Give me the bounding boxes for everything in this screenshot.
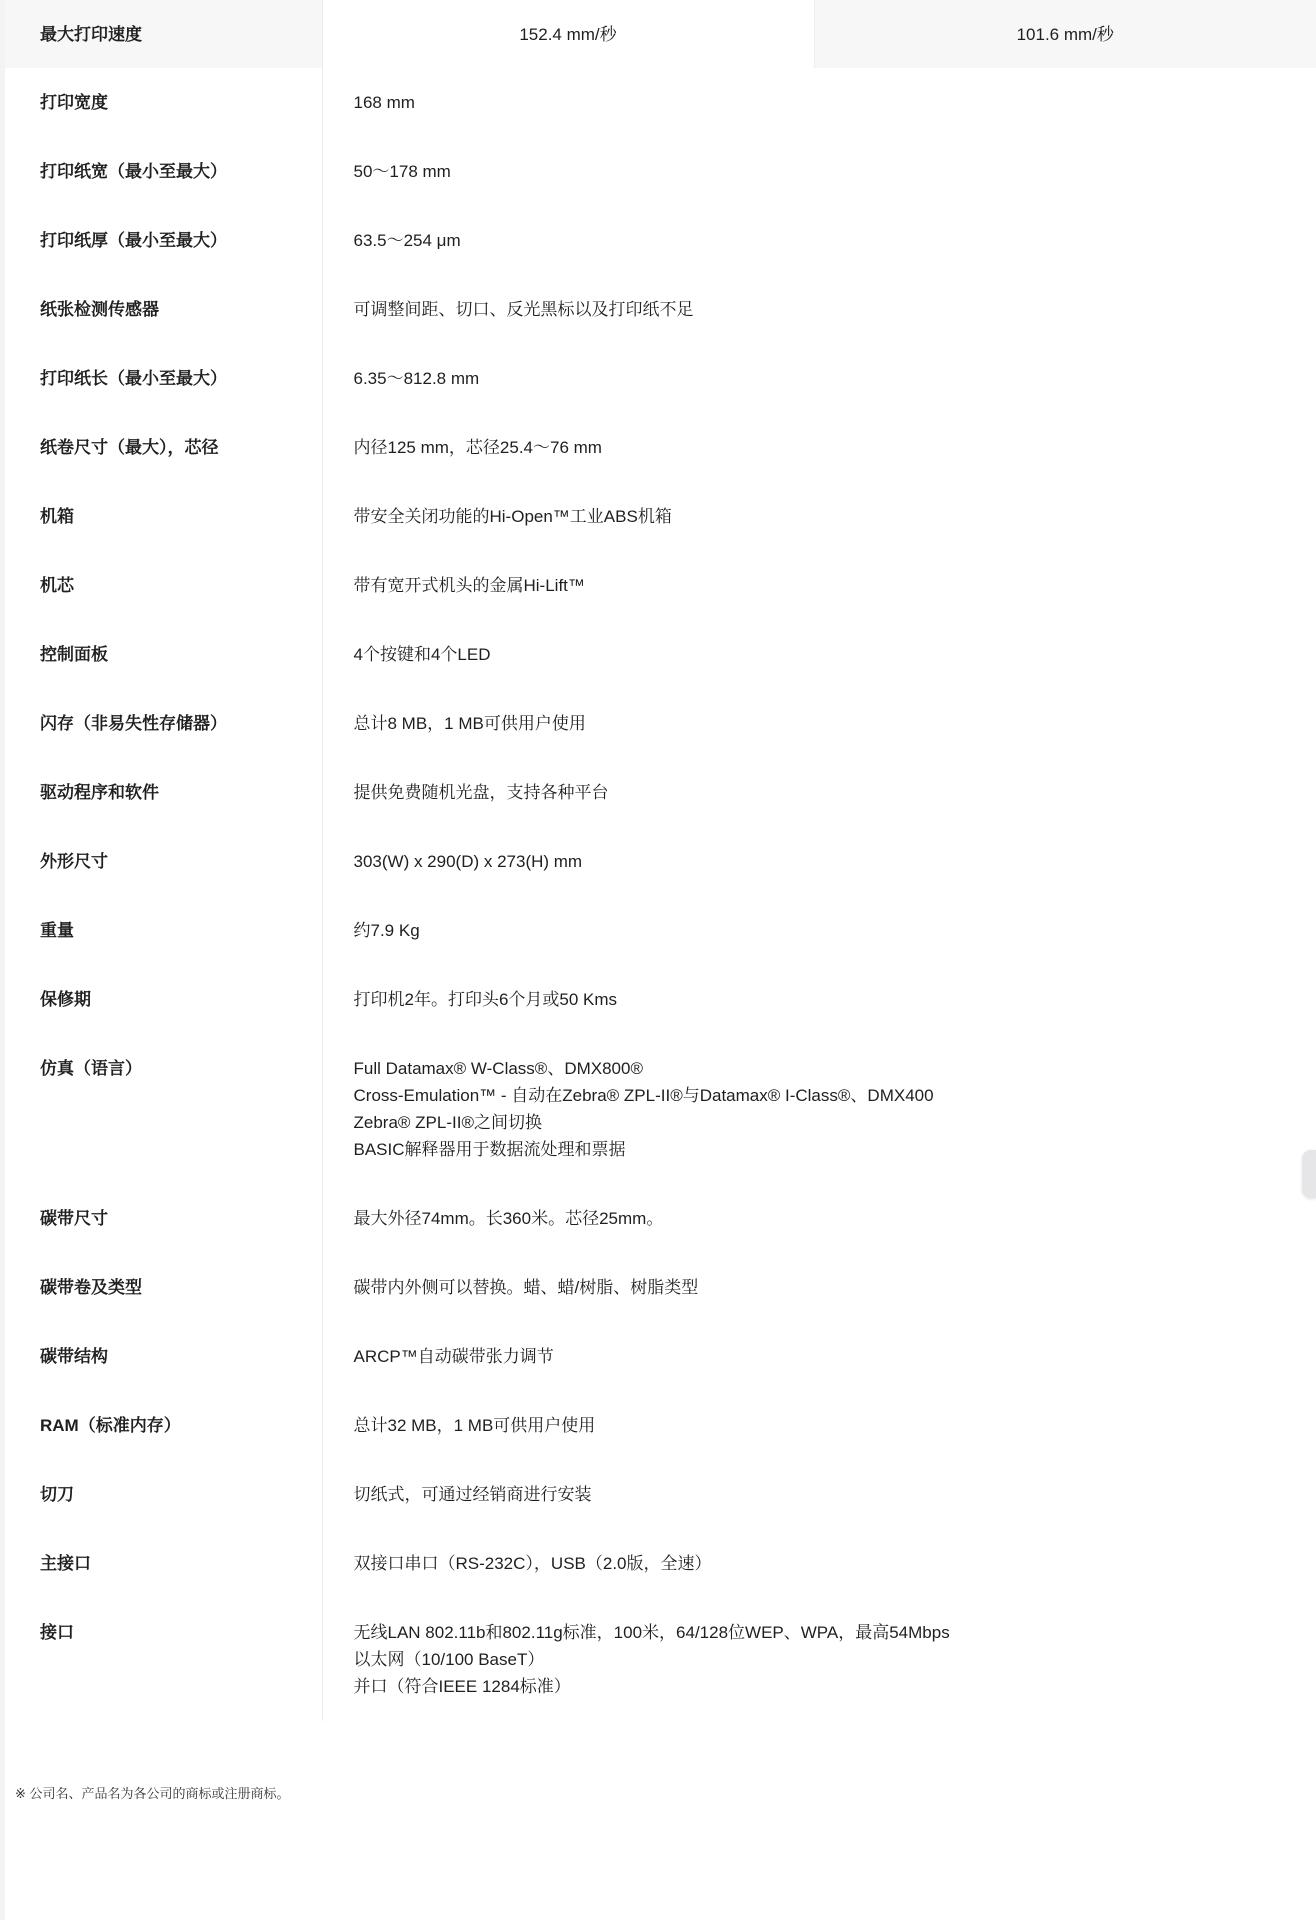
spec-value-line: 双接口串口（RS-232C），USB（2.0版，全速） (354, 1550, 1293, 1577)
spec-label: RAM（标准内存） (0, 1391, 322, 1460)
spec-row: 纸卷尺寸（最大），芯径内径125 mm，芯径25.4～76 mm (0, 413, 1316, 482)
spec-value: 4个按键和4个LED (322, 620, 1316, 689)
spec-label: 打印纸长（最小至最大） (0, 344, 322, 413)
spec-row: 重量约7.9 Kg (0, 896, 1316, 965)
spec-value: 可调整间距、切口、反光黑标以及打印纸不足 (322, 275, 1316, 344)
spec-row: 保修期打印机2年。打印头6个月或50 Kms (0, 965, 1316, 1034)
spec-value-line: 带安全关闭功能的Hi-Open™工业ABS机箱 (354, 503, 1293, 530)
spec-value-line: 并口（符合IEEE 1284标准） (354, 1673, 1293, 1700)
spec-label-max-print-speed: 最大打印速度 (0, 0, 322, 68)
spec-value-speed-model-2: 101.6 mm/秒 (814, 0, 1316, 68)
spec-row: 碳带尺寸最大外径74mm。长360米。芯径25mm。 (0, 1184, 1316, 1253)
spec-row: 碳带卷及类型碳带内外侧可以替换。蜡、蜡/树脂、树脂类型 (0, 1253, 1316, 1322)
spec-value: 总计8 MB，1 MB可供用户使用 (322, 689, 1316, 758)
spec-value: 带有宽开式机头的金属Hi-Lift™ (322, 551, 1316, 620)
spec-value-line: 以太网（10/100 BaseT） (354, 1646, 1293, 1673)
spec-label: 碳带卷及类型 (0, 1253, 322, 1322)
spec-value: 总计32 MB，1 MB可供用户使用 (322, 1391, 1316, 1460)
spec-row: 仿真（语言）Full Datamax® W-Class®、DMX800®Cros… (0, 1034, 1316, 1184)
spec-row: 打印宽度168 mm (0, 68, 1316, 137)
spec-value-line: 303(W) x 290(D) x 273(H) mm (354, 848, 1293, 875)
spec-label: 打印纸宽（最小至最大） (0, 137, 322, 206)
spec-value-line: 4个按键和4个LED (354, 641, 1293, 668)
spec-value: 303(W) x 290(D) x 273(H) mm (322, 827, 1316, 896)
spec-table-body: 最大打印速度 152.4 mm/秒 101.6 mm/秒 打印宽度168 mm打… (0, 0, 1316, 1721)
spec-value-line: 带有宽开式机头的金属Hi-Lift™ (354, 572, 1293, 599)
printer-spec-table: 最大打印速度 152.4 mm/秒 101.6 mm/秒 打印宽度168 mm打… (0, 0, 1316, 1721)
spec-value: 双接口串口（RS-232C），USB（2.0版，全速） (322, 1529, 1316, 1598)
left-edge-strip (0, 0, 5, 1920)
spec-label: 碳带尺寸 (0, 1184, 322, 1253)
spec-row: 纸张检测传感器可调整间距、切口、反光黑标以及打印纸不足 (0, 275, 1316, 344)
spec-value: ARCP™自动碳带张力调节 (322, 1322, 1316, 1391)
spec-label: 切刀 (0, 1460, 322, 1529)
spec-row: 打印纸长（最小至最大）6.35～812.8 mm (0, 344, 1316, 413)
spec-value: 50～178 mm (322, 137, 1316, 206)
spec-value: 约7.9 Kg (322, 896, 1316, 965)
spec-value: 168 mm (322, 68, 1316, 137)
spec-label: 主接口 (0, 1529, 322, 1598)
spec-row: 控制面板4个按键和4个LED (0, 620, 1316, 689)
spec-row: 主接口双接口串口（RS-232C），USB（2.0版，全速） (0, 1529, 1316, 1598)
spec-label: 打印纸厚（最小至最大） (0, 206, 322, 275)
spec-value-line: ARCP™自动碳带张力调节 (354, 1343, 1293, 1370)
spec-value: Full Datamax® W-Class®、DMX800®Cross-Emul… (322, 1034, 1316, 1184)
side-panel-tab[interactable] (1302, 1150, 1316, 1198)
spec-row: 碳带结构ARCP™自动碳带张力调节 (0, 1322, 1316, 1391)
spec-row: 机芯带有宽开式机头的金属Hi-Lift™ (0, 551, 1316, 620)
spec-row: 接口无线LAN 802.11b和802.11g标准，100米，64/128位WE… (0, 1598, 1316, 1721)
spec-label: 纸张检测传感器 (0, 275, 322, 344)
spec-label: 驱动程序和软件 (0, 758, 322, 827)
spec-value-line: 6.35～812.8 mm (354, 365, 1293, 392)
spec-value-line: 打印机2年。打印头6个月或50 Kms (354, 986, 1293, 1013)
spec-row: RAM（标准内存）总计32 MB，1 MB可供用户使用 (0, 1391, 1316, 1460)
spec-value-line: 168 mm (354, 89, 1293, 116)
spec-label: 保修期 (0, 965, 322, 1034)
spec-value: 提供免费随机光盘，支持各种平台 (322, 758, 1316, 827)
spec-row: 切刀切纸式，可通过经销商进行安装 (0, 1460, 1316, 1529)
spec-value-line: 最大外径74mm。长360米。芯径25mm。 (354, 1205, 1293, 1232)
spec-value-line: Cross-Emulation™ - 自动在Zebra® ZPL-II®与Dat… (354, 1082, 1293, 1109)
spec-value: 最大外径74mm。长360米。芯径25mm。 (322, 1184, 1316, 1253)
spec-value-line: Zebra® ZPL-II®之间切换 (354, 1109, 1293, 1136)
spec-label: 接口 (0, 1598, 322, 1721)
spec-value: 内径125 mm，芯径25.4～76 mm (322, 413, 1316, 482)
spec-value-speed-model-1: 152.4 mm/秒 (322, 0, 814, 68)
spec-label: 重量 (0, 896, 322, 965)
spec-row: 闪存（非易失性存储器）总计8 MB，1 MB可供用户使用 (0, 689, 1316, 758)
spec-value-line: 总计8 MB，1 MB可供用户使用 (354, 710, 1293, 737)
spec-row: 驱动程序和软件提供免费随机光盘，支持各种平台 (0, 758, 1316, 827)
spec-value-line: 提供免费随机光盘，支持各种平台 (354, 779, 1293, 806)
spec-value-line: 碳带内外侧可以替换。蜡、蜡/树脂、树脂类型 (354, 1274, 1293, 1301)
spec-value-line: 内径125 mm，芯径25.4～76 mm (354, 434, 1293, 461)
spec-value-line: 可调整间距、切口、反光黑标以及打印纸不足 (354, 296, 1293, 323)
spec-value: 打印机2年。打印头6个月或50 Kms (322, 965, 1316, 1034)
spec-label: 机芯 (0, 551, 322, 620)
spec-value: 63.5～254 μm (322, 206, 1316, 275)
spec-value-line: 50～178 mm (354, 158, 1293, 185)
spec-label: 打印宽度 (0, 68, 322, 137)
spec-label: 机箱 (0, 482, 322, 551)
spec-row: 打印纸宽（最小至最大）50～178 mm (0, 137, 1316, 206)
spec-row: 机箱带安全关闭功能的Hi-Open™工业ABS机箱 (0, 482, 1316, 551)
spec-value-line: 切纸式，可通过经销商进行安装 (354, 1481, 1293, 1508)
spec-row: 外形尺寸303(W) x 290(D) x 273(H) mm (0, 827, 1316, 896)
spec-value: 切纸式，可通过经销商进行安装 (322, 1460, 1316, 1529)
spec-value-line: Full Datamax® W-Class®、DMX800® (354, 1055, 1293, 1082)
spec-value-line: 总计32 MB，1 MB可供用户使用 (354, 1412, 1293, 1439)
spec-label: 碳带结构 (0, 1322, 322, 1391)
spec-value-line: 约7.9 Kg (354, 917, 1293, 944)
spec-label: 外形尺寸 (0, 827, 322, 896)
spec-value: 带安全关闭功能的Hi-Open™工业ABS机箱 (322, 482, 1316, 551)
spec-value-line: BASIC解释器用于数据流处理和票据 (354, 1136, 1293, 1163)
spec-label: 闪存（非易失性存储器） (0, 689, 322, 758)
spec-value: 碳带内外侧可以替换。蜡、蜡/树脂、树脂类型 (322, 1253, 1316, 1322)
spec-label: 仿真（语言） (0, 1034, 322, 1184)
spec-value-line: 63.5～254 μm (354, 227, 1293, 254)
spec-value: 6.35～812.8 mm (322, 344, 1316, 413)
spec-label: 控制面板 (0, 620, 322, 689)
spec-row: 打印纸厚（最小至最大）63.5～254 μm (0, 206, 1316, 275)
spec-label: 纸卷尺寸（最大），芯径 (0, 413, 322, 482)
spec-page: 最大打印速度 152.4 mm/秒 101.6 mm/秒 打印宽度168 mm打… (0, 0, 1316, 1920)
spec-header-row: 最大打印速度 152.4 mm/秒 101.6 mm/秒 (0, 0, 1316, 68)
spec-value-line: 无线LAN 802.11b和802.11g标准，100米，64/128位WEP、… (354, 1619, 1293, 1646)
trademark-footnote: ※ 公司名、产品名为各公司的商标或注册商标。 (15, 1785, 1316, 1803)
spec-value: 无线LAN 802.11b和802.11g标准，100米，64/128位WEP、… (322, 1598, 1316, 1721)
